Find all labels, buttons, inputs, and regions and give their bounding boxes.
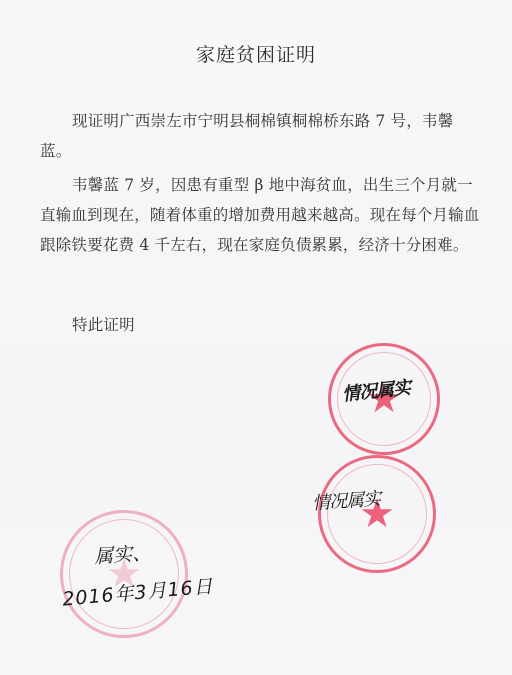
paragraph-address: 现证明广西崇左市宁明县桐棉镇桐棉桥东路 7 号，韦馨蓝。 (40, 106, 482, 166)
paragraph-condition: 韦馨蓝 7 岁，因患有重型 β 地中海贫血，出生三个月就一直输血到现在，随着体重… (40, 170, 482, 260)
handwritten-signature-3: 属实、 (93, 538, 152, 569)
official-seal-community-2: ★ (318, 455, 436, 573)
document-title: 家庭贫困证明 (0, 40, 512, 67)
paragraph-closing: 特此证明 (40, 310, 482, 340)
handwritten-signature-2: 情况属实 (311, 485, 381, 516)
official-seal-government: ★ (60, 510, 188, 638)
document-page: 家庭贫困证明 现证明广西崇左市宁明县桐棉镇桐棉桥东路 7 号，韦馨蓝。 韦馨蓝 … (0, 0, 512, 675)
